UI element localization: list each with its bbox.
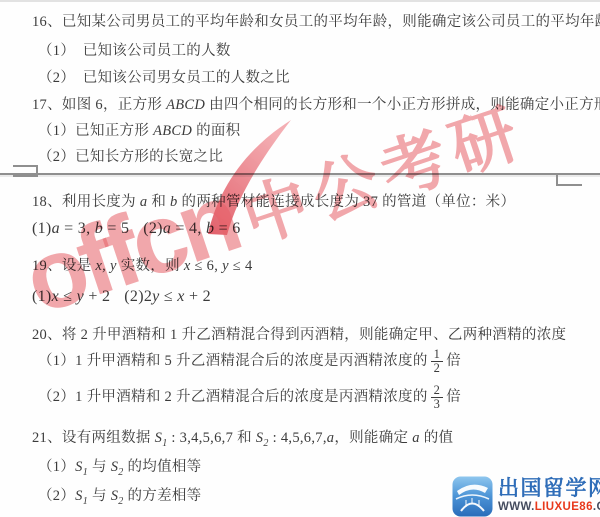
q17-pre: 17、如图 6，正方形	[32, 97, 166, 113]
question-19-stem: 19、设是 x, y 实数，则 x ≤ 6, y ≤ 4	[32, 254, 253, 275]
q21-tail: 的值	[420, 430, 454, 446]
q16-c2-text: （2） 已知该公司男女员工的人数之比	[38, 70, 290, 86]
q18-m-e3: = 4,	[171, 220, 206, 237]
q19-m-coef2: 2	[144, 288, 152, 305]
page-break-line	[0, 173, 600, 175]
q21-pre: 21、设有两组数据	[32, 430, 155, 446]
brand-url-www: WWW.	[498, 501, 535, 513]
watermark-cjk: 中公考研	[233, 94, 533, 257]
q18-m-a2: a	[163, 220, 171, 237]
q18-m-e1: = 3,	[60, 220, 95, 237]
brand-site-name: 出国留学网	[498, 478, 600, 500]
q18-m-e4: = 6	[214, 220, 240, 237]
question-17-condition-2: （2）已知长方形的长宽之比	[38, 145, 223, 166]
q20-c2-denominator: 3	[431, 397, 444, 411]
q19-m-x2: x	[177, 288, 184, 305]
q18-var-b: b	[170, 194, 178, 210]
watermark-latin: offcn	[11, 162, 249, 334]
q21-mid: ，则能确定	[334, 430, 412, 446]
question-21-condition-1: （1）S1 与 S2 的均值相等	[38, 455, 202, 478]
q19-m-op2: ≤	[160, 288, 178, 305]
question-20-condition-2: （2）1 升甲酒精和 2 升乙酒精混合后的浓度是丙酒精浓度的23倍	[38, 384, 461, 411]
q20-c2-pre: （2）1 升甲酒精和 2 升乙酒精混合后的浓度是丙酒精浓度的	[38, 389, 428, 405]
brand-url-tld: .COM	[593, 501, 600, 513]
q20-c1-fraction: 12	[431, 348, 444, 375]
q21-c2-s1: S	[75, 488, 83, 504]
question-16-condition-1: （1） 已知该公司员工的人数	[38, 39, 231, 60]
q17-post: 由四个相同的长方形和一个小正方形拼成，则能确定小正方形的面积	[205, 97, 600, 113]
q20-c1-post: 倍	[446, 353, 461, 369]
question-21-stem: 21、设有两组数据 S1 : 3,4,5,6,7 和 S2 : 4,5,6,7,…	[32, 426, 453, 449]
exam-document-page: offcn中公考研 16、已知某公司男员工的平均年龄和女员工的平均年龄，则能确定…	[0, 0, 600, 517]
q19-m-op1: ≤	[59, 288, 77, 305]
question-18-stem: 18、利用长度为 a 和 b 的两种管材能连接成长度为 37 的管道（单位：米）	[32, 190, 515, 211]
q17-c1-pre: （1）已知正方形	[38, 123, 153, 139]
question-17-stem: 17、如图 6，正方形 ABCD 由四个相同的长方形和一个小正方形拼成，则能确定…	[32, 93, 600, 114]
q18-post: 的两种管材能连接成长度为 37 的管道（单位：米）	[178, 194, 516, 210]
brand-url-domain: LIUXUE86	[535, 501, 593, 513]
q21-var-a2: a	[412, 430, 420, 446]
q21-c1-tail: 的均值相等	[124, 459, 202, 475]
question-18-conditions-math: (1)a = 3, b = 5(2)a = 4, b = 6	[32, 220, 241, 238]
q20-c1-pre: （1）1 升甲酒精和 5 升乙酒精混合后的浓度是丙酒精浓度的	[38, 353, 428, 369]
q19-var-x: x	[184, 258, 191, 274]
q19-rel2: ≤ 4	[229, 258, 253, 274]
question-19-conditions-math: (1)x ≤ y + 2(2)2y ≤ x + 2	[32, 288, 211, 306]
q21-c2-pre: （2）	[38, 488, 75, 504]
q21-and: 和	[237, 430, 256, 446]
q20-text: 20、将 2 升甲酒精和 1 升乙酒精混合得到丙酒精，则能确定甲、乙两种酒精的浓…	[32, 327, 566, 343]
liuxue86-logo: 出国留学网 WWW.LIUXUE86.COM	[452, 476, 600, 517]
q17-c2-text: （2）已知长方形的长宽之比	[38, 149, 223, 165]
q20-c2-numerator: 2	[431, 384, 444, 397]
page-break-right-marker	[556, 173, 582, 186]
q17-c1-var-abcd: ABCD	[153, 123, 192, 139]
q19-m-y2: y	[152, 288, 159, 305]
question-20-condition-1: （1）1 升甲酒精和 5 升乙酒精混合后的浓度是丙酒精浓度的12倍	[38, 348, 461, 375]
question-16-condition-2: （2） 已知该公司男女员工的人数之比	[38, 66, 290, 87]
q19-m-tag1: (1)	[32, 288, 52, 305]
q21-c2-tail: 的方差相等	[124, 488, 202, 504]
q16-c1-text: （1） 已知该公司员工的人数	[38, 43, 231, 59]
q20-c2-fraction: 23	[431, 384, 444, 411]
q18-m-e2: = 5	[103, 220, 129, 237]
q21-c2-mid: 与	[88, 488, 111, 504]
q20-c1-denominator: 2	[431, 361, 444, 375]
q19-mid: 实数，则	[117, 258, 184, 274]
q19-var-xy: x, y	[95, 258, 116, 274]
bridge-icon	[452, 476, 493, 517]
q18-m-b1: b	[95, 220, 103, 237]
q19-m-tag2: (2)	[124, 288, 144, 305]
question-20-stem: 20、将 2 升甲酒精和 1 升乙酒精混合得到丙酒精，则能确定甲、乙两种酒精的浓…	[32, 323, 566, 344]
question-16-stem: 16、已知某公司男员工的平均年龄和女员工的平均年龄，则能确定该公司员工的平均年龄	[32, 10, 600, 31]
q19-m-e2: + 2	[185, 288, 211, 305]
q18-m-tag1: (1)	[32, 220, 52, 237]
q18-m-a1: a	[52, 220, 60, 237]
q19-m-x1: x	[52, 288, 59, 305]
q18-m-tag2: (2)	[143, 220, 163, 237]
q19-pre: 19、设是	[32, 258, 95, 274]
q19-rel1: ≤ 6,	[191, 258, 223, 274]
question-17-condition-1: （1）已知正方形 ABCD 的面积	[38, 119, 240, 140]
q17-var-abcd: ABCD	[166, 97, 205, 113]
brand-url: WWW.LIUXUE86.COM	[498, 501, 600, 514]
q18-mid: 和	[147, 194, 170, 210]
q20-c1-numerator: 1	[431, 348, 444, 361]
q21-c1-pre: （1）	[38, 459, 75, 475]
q18-pre: 18、利用长度为	[32, 194, 140, 210]
q21-c1-s1: S	[75, 459, 83, 475]
q20-c2-post: 倍	[446, 389, 461, 405]
q21-c1-mid: 与	[88, 459, 111, 475]
q19-var-y: y	[222, 258, 229, 274]
q19-m-e1: + 2	[84, 288, 110, 305]
question-21-condition-2: （2）S1 与 S2 的方差相等	[38, 484, 202, 507]
page-break-left-marker	[13, 165, 38, 177]
q17-c1-post: 的面积	[192, 123, 240, 139]
q21-list1: : 3,4,5,6,7	[168, 430, 238, 446]
q21-list2: : 4,5,6,7,	[269, 430, 327, 446]
brand-texts: 出国留学网 WWW.LIUXUE86.COM	[498, 476, 600, 514]
q19-m-y1: y	[77, 288, 84, 305]
q16-text: 16、已知某公司男员工的平均年龄和女员工的平均年龄，则能确定该公司员工的平均年龄	[32, 14, 600, 30]
